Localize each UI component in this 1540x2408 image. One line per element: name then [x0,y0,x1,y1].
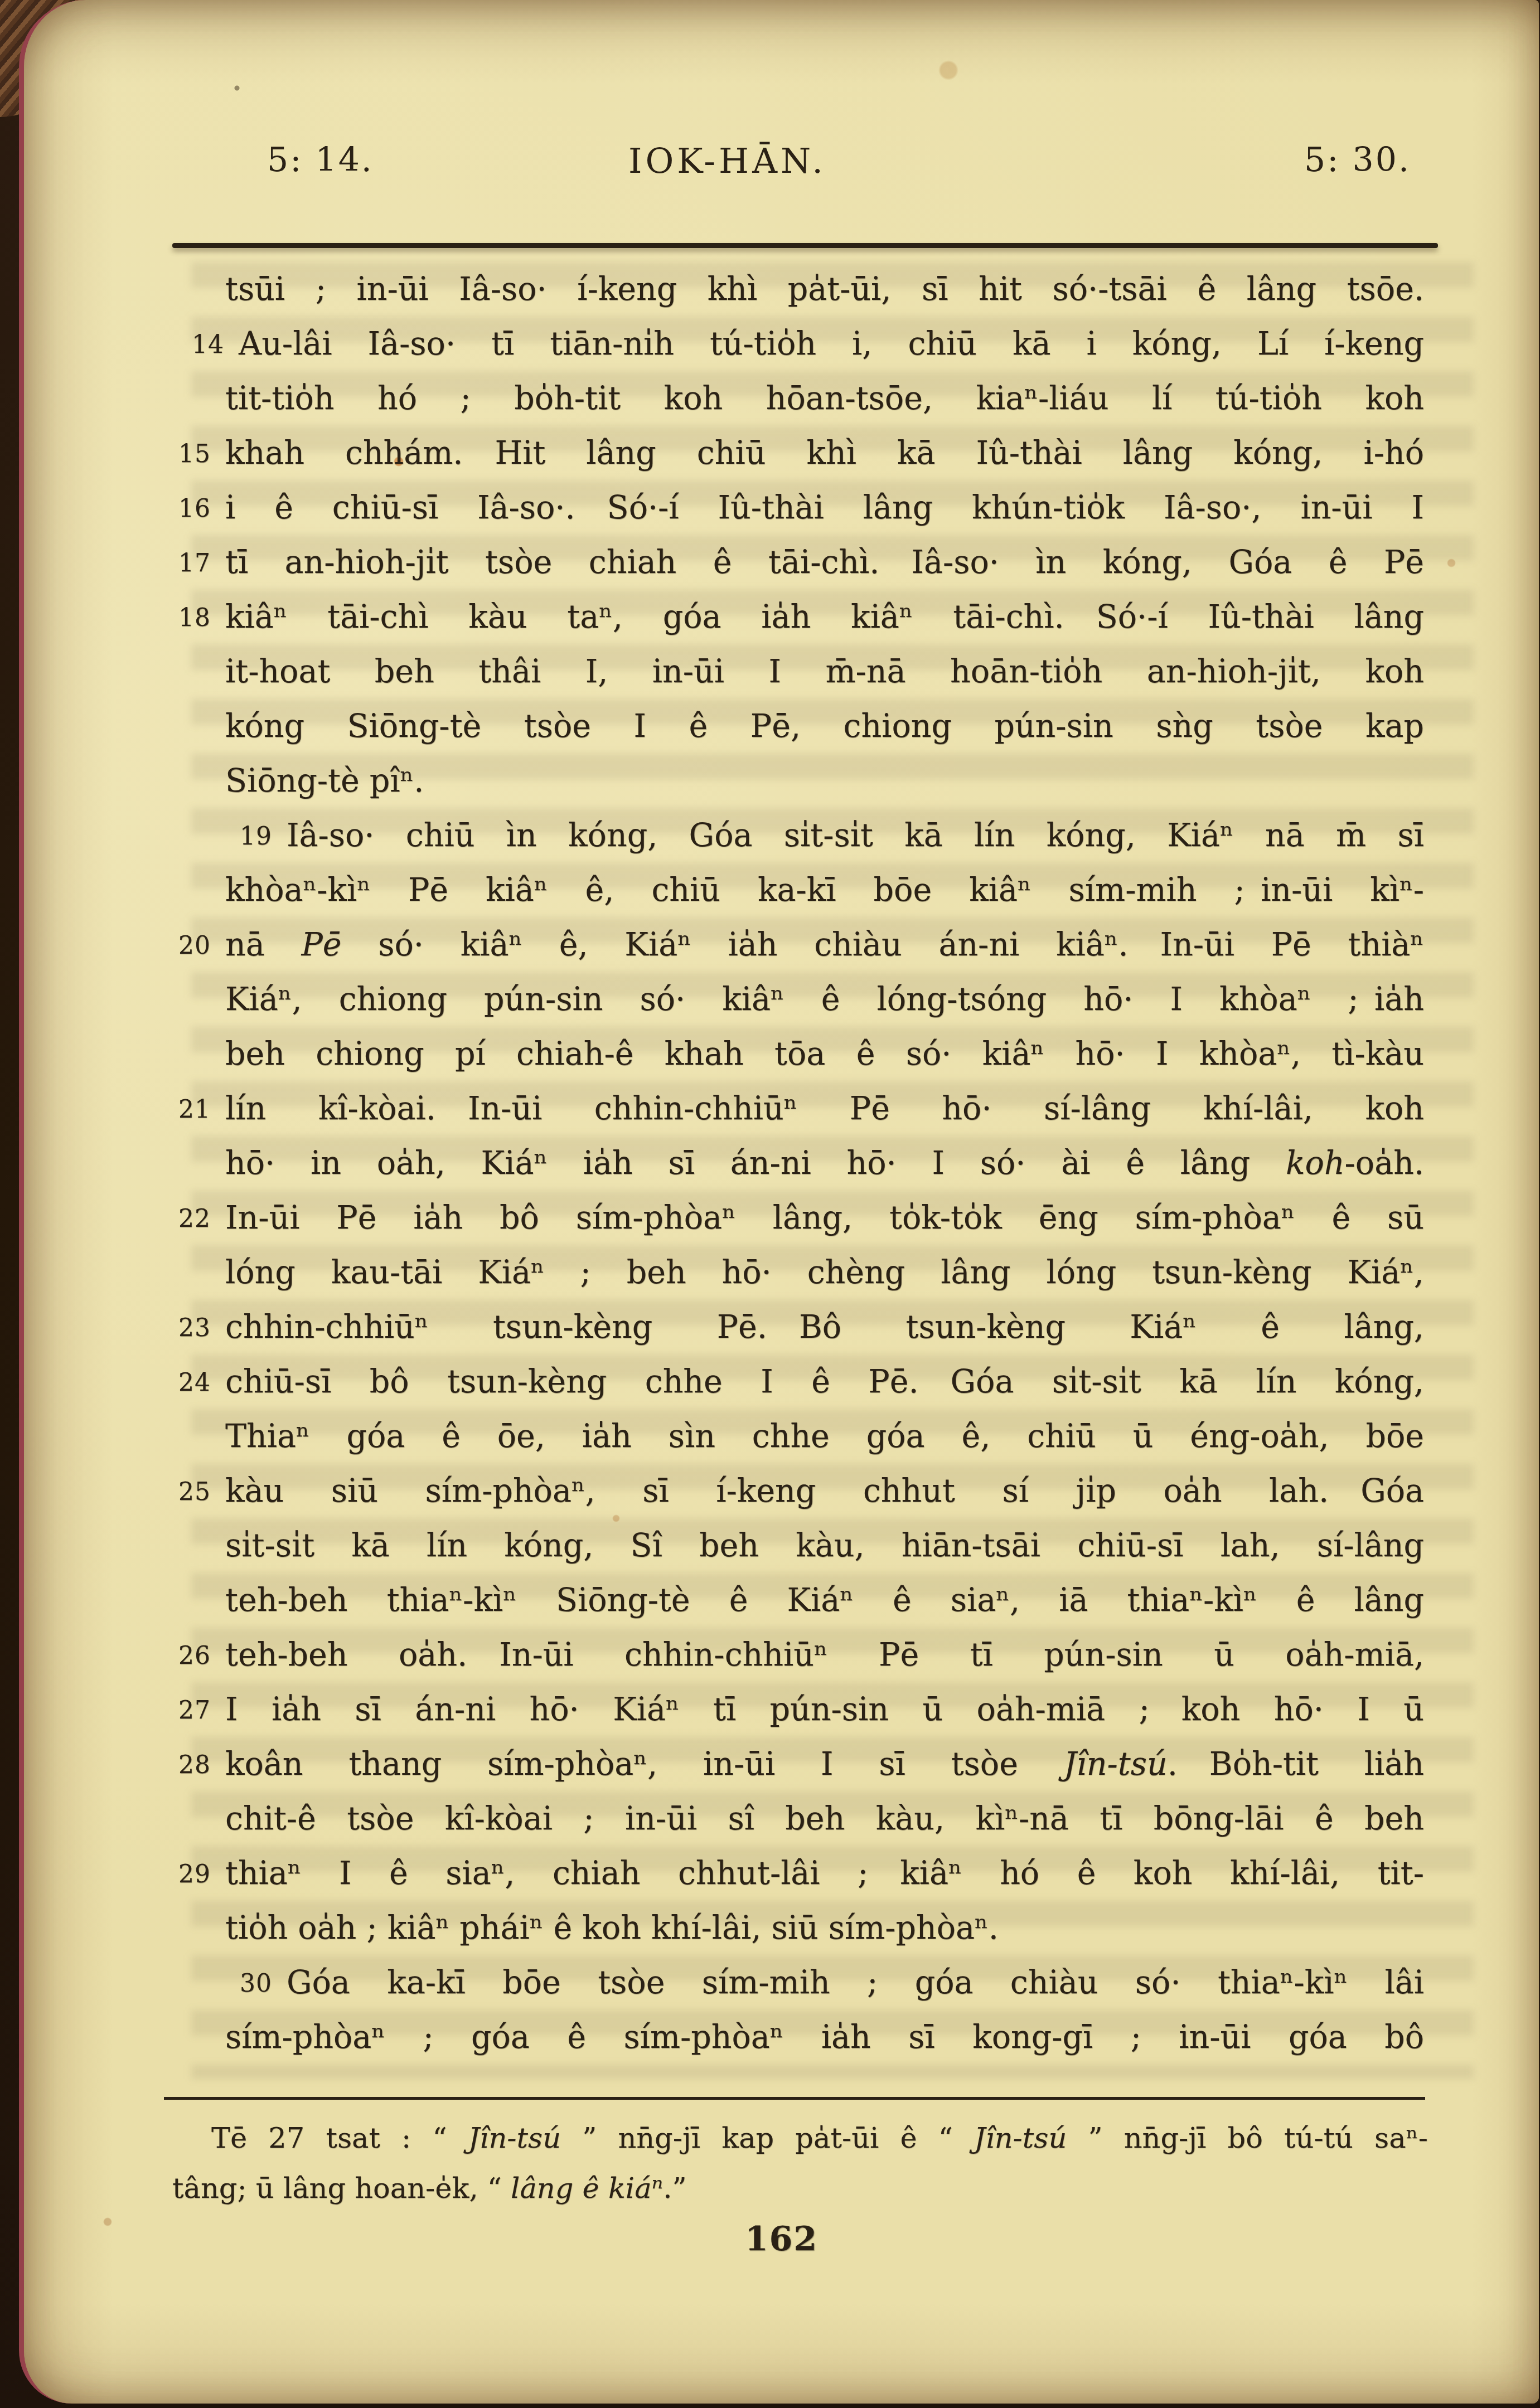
text-segment: nā [225,926,301,963]
text-line: 29thiaⁿ I ê siaⁿ, chiah chhut-lâi ; kiâⁿ… [225,1846,1424,1901]
text-line: beh chiong pí chiah-ê khah tōa ê só· kiâ… [225,1027,1424,1081]
text-segment: ” nn̄g-jī bô tú-tú saⁿ- [1067,2122,1428,2155]
text-segment: chiū-sī bô tsun-kèng chhe I ê Pē. Góa si… [225,1363,1424,1400]
book-page: 5: 14. IOK-HĀN. 5: 30. tsūi ; in-ūi Iâ-s… [19,0,1539,2404]
text-segment: Siōng-tè pîⁿ. [225,763,424,799]
italic-text: lâng ê kiáⁿ [511,2172,663,2205]
text-segment: si̍t-si̍t kā lín kóng, Sî beh kàu, hiān-… [225,1527,1424,1564]
text-segment: tio̍h oa̍h ; kiâⁿ pháiⁿ ê koh khí-lâi, s… [225,1910,999,1946]
text-line: 25kàu siū sím-phòaⁿ, sī í-keng chhut sí … [225,1464,1424,1518]
text-segment: tâng; ū lâng hoan-e̍k, “ [172,2172,511,2205]
text-line: sím-phòaⁿ ; góa ê sím-phòaⁿ ia̍h sī kong… [225,2010,1424,2065]
text-segment: khòaⁿ-kìⁿ Pē kiâⁿ ê, chiū ka-kī bōe kiâⁿ… [225,872,1424,909]
text-segment: lóng kau-tāi Kiáⁿ ; beh hō· chèng lâng l… [225,1254,1424,1291]
footnote: Tē 27 tsat : “ Jîn-tsú ” nn̄g-jī kap pa̍… [172,2114,1428,2214]
italic-text: Jîn-tsú [468,2122,561,2155]
text-segment: ” nn̄g-jī kap pa̍t-ūi ê “ [561,2122,974,2155]
text-line: khòaⁿ-kìⁿ Pē kiâⁿ ê, chiū ka-kī bōe kiâⁿ… [225,863,1424,917]
text-line: 18kiâⁿ tāi-chì kàu taⁿ, góa ia̍h kiâⁿ tā… [225,590,1424,644]
verse-number: 17 [178,536,211,591]
text-line: tsūi ; in-ūi Iâ-so· í-keng khì pa̍t-ūi, … [225,262,1424,317]
body-text: tsūi ; in-ūi Iâ-so· í-keng khì pa̍t-ūi, … [225,262,1424,2065]
text-segment: Thiaⁿ góa ê ōe, ia̍h sìn chhe góa ê, chi… [225,1418,1424,1455]
text-segment: .” [663,2172,686,2205]
text-segment: In-ūi Pē ia̍h bô sím-phòaⁿ lâng, to̍k-to… [225,1200,1424,1236]
text-segment: kàu siū sím-phòaⁿ, sī í-keng chhut sí ji… [225,1473,1424,1509]
verse-number: 19 [178,809,272,864]
text-segment: tsūi ; in-ūi Iâ-so· í-keng khì pa̍t-ūi, … [225,271,1424,308]
header-book-title: IOK-HĀN. [24,140,1431,181]
text-line: 17tī an-hioh-ji̍t tsòe chiah ê tāi-chì. … [225,535,1424,590]
text-line: 19Iâ-so· chiū ìn kóng, Góa si̍t-si̍t kā … [225,808,1424,863]
text-line: 20nā Pē só· kiâⁿ ê, Kiáⁿ ia̍h chiàu án-n… [225,917,1424,972]
text-segment: -oa̍h. [1345,1145,1424,1182]
italic-text: Pē [301,926,341,963]
italic-text: Jîn-tsú [1064,1746,1168,1783]
verse-number: 23 [178,1301,211,1356]
text-line: 30Góa ka-kī bōe tsòe sím-mih ; góa chiàu… [225,1955,1424,2010]
verse-number: 16 [178,482,211,536]
text-segment: só· kiâⁿ ê, Kiáⁿ ia̍h chiàu án-ni kiâⁿ. … [342,926,1425,963]
text-line: Kiáⁿ, chiong pún-sin só· kiâⁿ ê lóng-tsó… [225,972,1424,1027]
verse-number: 25 [178,1465,211,1519]
text-segment: thiaⁿ I ê siaⁿ, chiah chhut-lâi ; kiâⁿ h… [225,1855,1424,1892]
verse-number: 27 [178,1683,211,1738]
verse-number: 14 [178,318,224,372]
text-line: kóng Siōng-tè tsòe I ê Pē, chiong pún-si… [225,699,1424,754]
text-line: si̍t-si̍t kā lín kóng, Sî beh kàu, hiān-… [225,1518,1424,1573]
text-line: 14Au-lâi Iâ-so· tī tiān-ni̍h tú-tio̍h i,… [225,317,1424,371]
text-segment: tī an-hioh-ji̍t tsòe chiah ê tāi-chì. Iâ… [225,544,1424,581]
italic-text: Jîn-tsú [974,2122,1067,2155]
header-verse-range-right: 5: 30. [1304,140,1411,179]
text-line: 28koân thang sím-phòaⁿ, in-ūi I sī tsòe … [225,1737,1424,1792]
text-line: 15khah chhám. Hit lâng chiū khì kā Iû-th… [225,426,1424,480]
text-segment: chit-ê tsòe kî-kòai ; in-ūi sî beh kàu, … [225,1800,1424,1837]
header-rule [172,243,1438,248]
text-segment: I ia̍h sī án-ni hō· Kiáⁿ tī pún-sin ū oa… [225,1691,1424,1728]
footnote-rule [164,2097,1425,2100]
text-segment: sím-phòaⁿ ; góa ê sím-phòaⁿ ia̍h sī kong… [225,2019,1424,2056]
text-line: 26teh-beh oa̍h. In-ūi chhin-chhiūⁿ Pē tī… [225,1628,1424,1682]
text-line: Siōng-tè pîⁿ. [225,754,1424,808]
text-line: tio̍h oa̍h ; kiâⁿ pháiⁿ ê koh khí-lâi, s… [225,1901,1424,1955]
footnote-line: Tē 27 tsat : “ Jîn-tsú ” nn̄g-jī kap pa̍… [172,2114,1428,2164]
page-number: 162 [24,2220,1539,2259]
text-segment: Góa ka-kī bōe tsòe sím-mih ; góa chiàu s… [287,1964,1424,2001]
text-line: 24chiū-sī bô tsun-kèng chhe I ê Pē. Góa … [225,1355,1424,1409]
text-segment: lín kî-kòai. In-ūi chhin-chhiūⁿ Pē hō· s… [225,1090,1424,1127]
verse-number: 21 [178,1082,211,1137]
text-segment: teh-beh oa̍h. In-ūi chhin-chhiūⁿ Pē tī p… [225,1637,1424,1673]
text-segment: i ê chiū-sī Iâ-so·. Só·-í Iû-thài lâng k… [225,489,1424,526]
text-segment: tit-tio̍h hó ; bo̍h-tit koh hōan-tsōe, k… [225,380,1424,417]
verse-number: 20 [178,919,211,973]
text-line: teh-beh thiaⁿ-kìⁿ Siōng-tè ê Kiáⁿ ê siaⁿ… [225,1573,1424,1628]
text-segment: Tē 27 tsat : “ [211,2122,468,2155]
text-segment: kóng Siōng-tè tsòe I ê Pē, chiong pún-si… [225,708,1424,745]
text-line: 16i ê chiū-sī Iâ-so·. Só·-í Iû-thài lâng… [225,480,1424,535]
text-segment: khah chhám. Hit lâng chiū khì kā Iû-thài… [225,435,1424,472]
text-line: it-hoat beh thâi I, in-ūi I m̄-nā hoān-t… [225,644,1424,699]
scanned-book-page: { "colors":{"paper":"#eadfa9","ink":"#2a… [0,0,1540,2408]
text-line: lóng kau-tāi Kiáⁿ ; beh hō· chèng lâng l… [225,1245,1424,1300]
footnote-line: tâng; ū lâng hoan-e̍k, “ lâng ê kiáⁿ.” [172,2164,1428,2214]
text-line: 27I ia̍h sī án-ni hō· Kiáⁿ tī pún-sin ū … [225,1682,1424,1737]
italic-text: koh [1286,1145,1345,1182]
text-segment: beh chiong pí chiah-ê khah tōa ê só· kiâ… [225,1036,1424,1072]
text-segment: kiâⁿ tāi-chì kàu taⁿ, góa ia̍h kiâⁿ tāi-… [225,599,1424,635]
verse-number: 29 [178,1847,211,1902]
verse-number: 18 [178,591,211,645]
text-segment: it-hoat beh thâi I, in-ūi I m̄-nā hoān-t… [225,653,1424,690]
text-segment: hō· in oa̍h, Kiáⁿ ia̍h sī án-ni hō· I só… [225,1145,1286,1182]
text-line: 22In-ūi Pē ia̍h bô sím-phòaⁿ lâng, to̍k-… [225,1191,1424,1245]
text-segment: Iâ-so· chiū ìn kóng, Góa si̍t-si̍t kā lí… [287,817,1424,854]
text-segment: chhin-chhiūⁿ tsun-kèng Pē. Bô tsun-kèng … [225,1309,1424,1346]
text-segment: Au-lâi Iâ-so· tī tiān-ni̍h tú-tio̍h i, c… [239,326,1424,362]
text-line: chit-ê tsòe kî-kòai ; in-ūi sî beh kàu, … [225,1792,1424,1846]
verse-number: 24 [178,1356,211,1410]
text-line: Thiaⁿ góa ê ōe, ia̍h sìn chhe góa ê, chi… [225,1409,1424,1464]
text-line: 23chhin-chhiūⁿ tsun-kèng Pē. Bô tsun-kèn… [225,1300,1424,1355]
verse-number: 28 [178,1738,211,1793]
verse-number: 30 [178,1957,272,2011]
text-line: 21lín kî-kòai. In-ūi chhin-chhiūⁿ Pē hō·… [225,1081,1424,1136]
text-segment: teh-beh thiaⁿ-kìⁿ Siōng-tè ê Kiáⁿ ê siaⁿ… [225,1582,1424,1619]
text-segment: koân thang sím-phòaⁿ, in-ūi I sī tsòe [225,1746,1064,1783]
text-line: tit-tio̍h hó ; bo̍h-tit koh hōan-tsōe, k… [225,371,1424,426]
verse-number: 15 [178,427,211,482]
verse-number: 26 [178,1629,211,1683]
text-line: hō· in oa̍h, Kiáⁿ ia̍h sī án-ni hō· I só… [225,1136,1424,1191]
verse-number: 22 [178,1192,211,1246]
text-segment: Kiáⁿ, chiong pún-sin só· kiâⁿ ê lóng-tsó… [225,981,1424,1018]
text-segment: . Bo̍h-tit lia̍h [1168,1746,1424,1783]
running-header: 5: 14. IOK-HĀN. 5: 30. [24,140,1539,187]
